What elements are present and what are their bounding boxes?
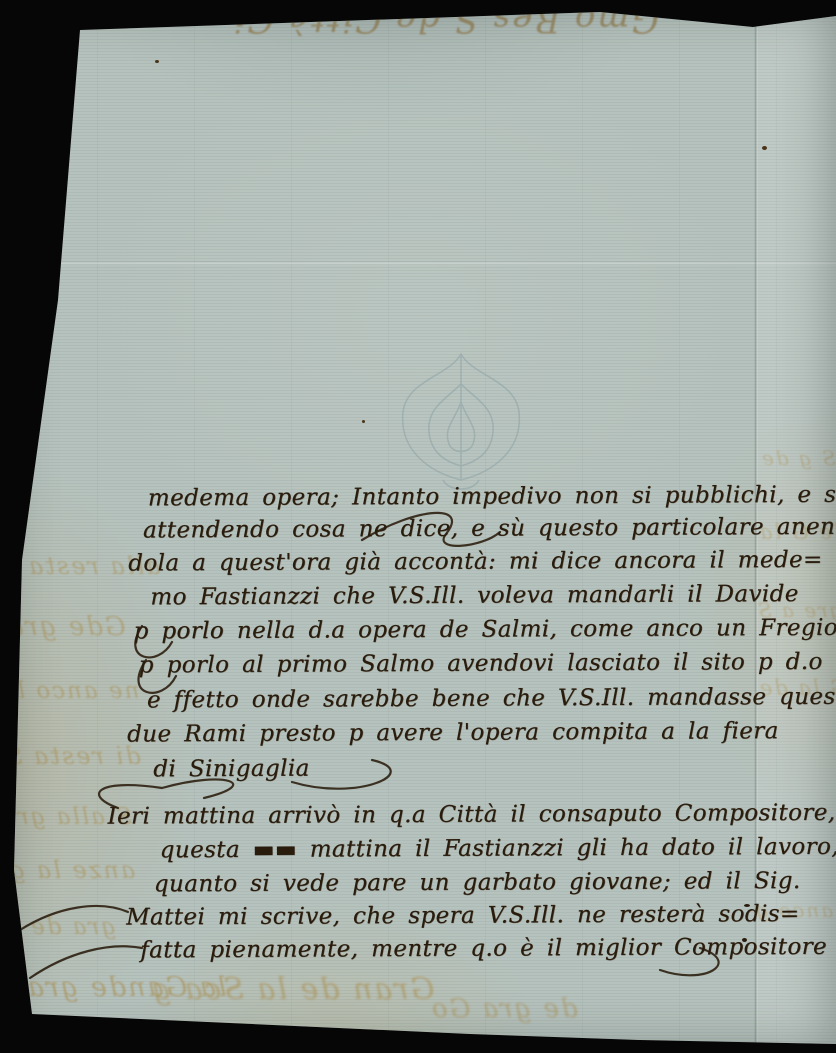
paper-edge-shading (0, 0, 836, 1053)
scan-background: Gmo Res S de Città Gi alla resta g Gde g… (0, 0, 836, 1053)
letter-page: Gmo Res S de Città Gi alla resta g Gde g… (0, 0, 836, 1053)
